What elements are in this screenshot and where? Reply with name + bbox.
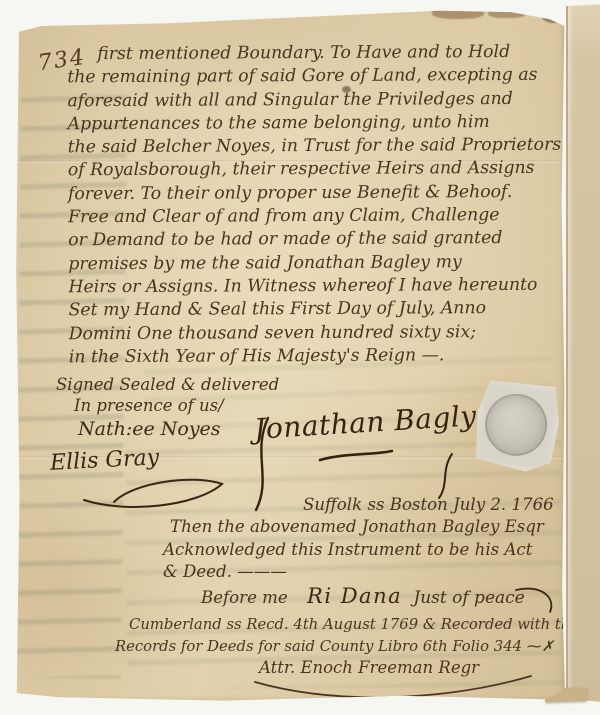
ack-line: Suffolk ss Boston July 2. 1766 [303, 494, 583, 516]
body-line: the remaining part of said Gore of Land,… [67, 64, 561, 90]
body-line: Heirs or Assigns. In Witness whereof I h… [68, 274, 562, 300]
body-line: Set my Hand & Seal this First Day of Jul… [68, 297, 562, 323]
body-line: Domini One thousand seven hundred sixty … [69, 320, 563, 346]
ack-line: & Deed. ——— [163, 561, 583, 583]
body-line: of Royalsborough, their respective Heirs… [68, 157, 562, 183]
body-line: in the Sixth Year of His Majesty's Reign… [69, 344, 563, 370]
adjacent-page-edge [566, 4, 600, 702]
attestation-block: Signed Sealed & delivered In presence of… [56, 374, 279, 416]
justice-title: Just of peace [413, 588, 524, 608]
acknowledgment-block: Suffolk ss Boston July 2. 1766 Then the … [163, 494, 583, 609]
body-line: the said Belcher Noyes, in Trust for the… [68, 134, 562, 160]
body-line: forever. To their only proper use Benefi… [68, 180, 562, 206]
attestation-line: In presence of us/ [56, 395, 279, 416]
before-me-row: Before me Ri Dana Just of peace [201, 585, 583, 609]
ack-line: Then the abovenamed Jonathan Bagley Esqr [170, 516, 583, 538]
justice-signature: Ri Dana [307, 584, 402, 608]
body-line: aforesaid with all and Singular the Priv… [67, 87, 561, 113]
witness-signature-ellis-gray: Ellis Gray [49, 445, 159, 476]
witness-signature-nathaniel-noyes: Nath:ee Noyes [78, 418, 221, 440]
attestation-line: Signed Sealed & delivered [56, 374, 279, 395]
torn-edge [228, 7, 270, 15]
scanned-document: 734 first mentioned Boundary. To Have an… [0, 0, 600, 715]
body-line: Free and Clear of and from any Claim, Ch… [68, 204, 562, 230]
recording-line: Attr. Enoch Freeman Regr [259, 657, 583, 679]
recording-block: Cumberland ss Recd. 4th August 1769 & Re… [109, 614, 583, 679]
body-line: Appurtenances to the same belonging, unt… [68, 111, 562, 137]
torn-edge [488, 8, 526, 18]
before-me-label: Before me [201, 588, 288, 607]
body-line: first mentioned Boundary. To Have and to… [67, 41, 561, 67]
wax-seal [470, 377, 563, 476]
seal-emboss-icon [481, 390, 551, 460]
torn-edge [542, 7, 568, 23]
grantor-signature: Jonathan Bagly [253, 399, 477, 446]
torn-edge [432, 6, 484, 19]
deed-page: 734 first mentioned Boundary. To Have an… [14, 8, 566, 702]
deed-body: first mentioned Boundary. To Have and to… [67, 41, 563, 370]
ack-line: Acknowledged this Instrument to be his A… [163, 539, 583, 561]
recording-line: Cumberland ss Recd. 4th August 1769 & Re… [129, 614, 583, 636]
body-line: or Demand to be had or made of the said … [68, 227, 562, 253]
body-line: premises by me the said Jonathan Bagley … [68, 250, 562, 276]
recording-line: Records for Deeds for said County Libro … [115, 636, 583, 658]
